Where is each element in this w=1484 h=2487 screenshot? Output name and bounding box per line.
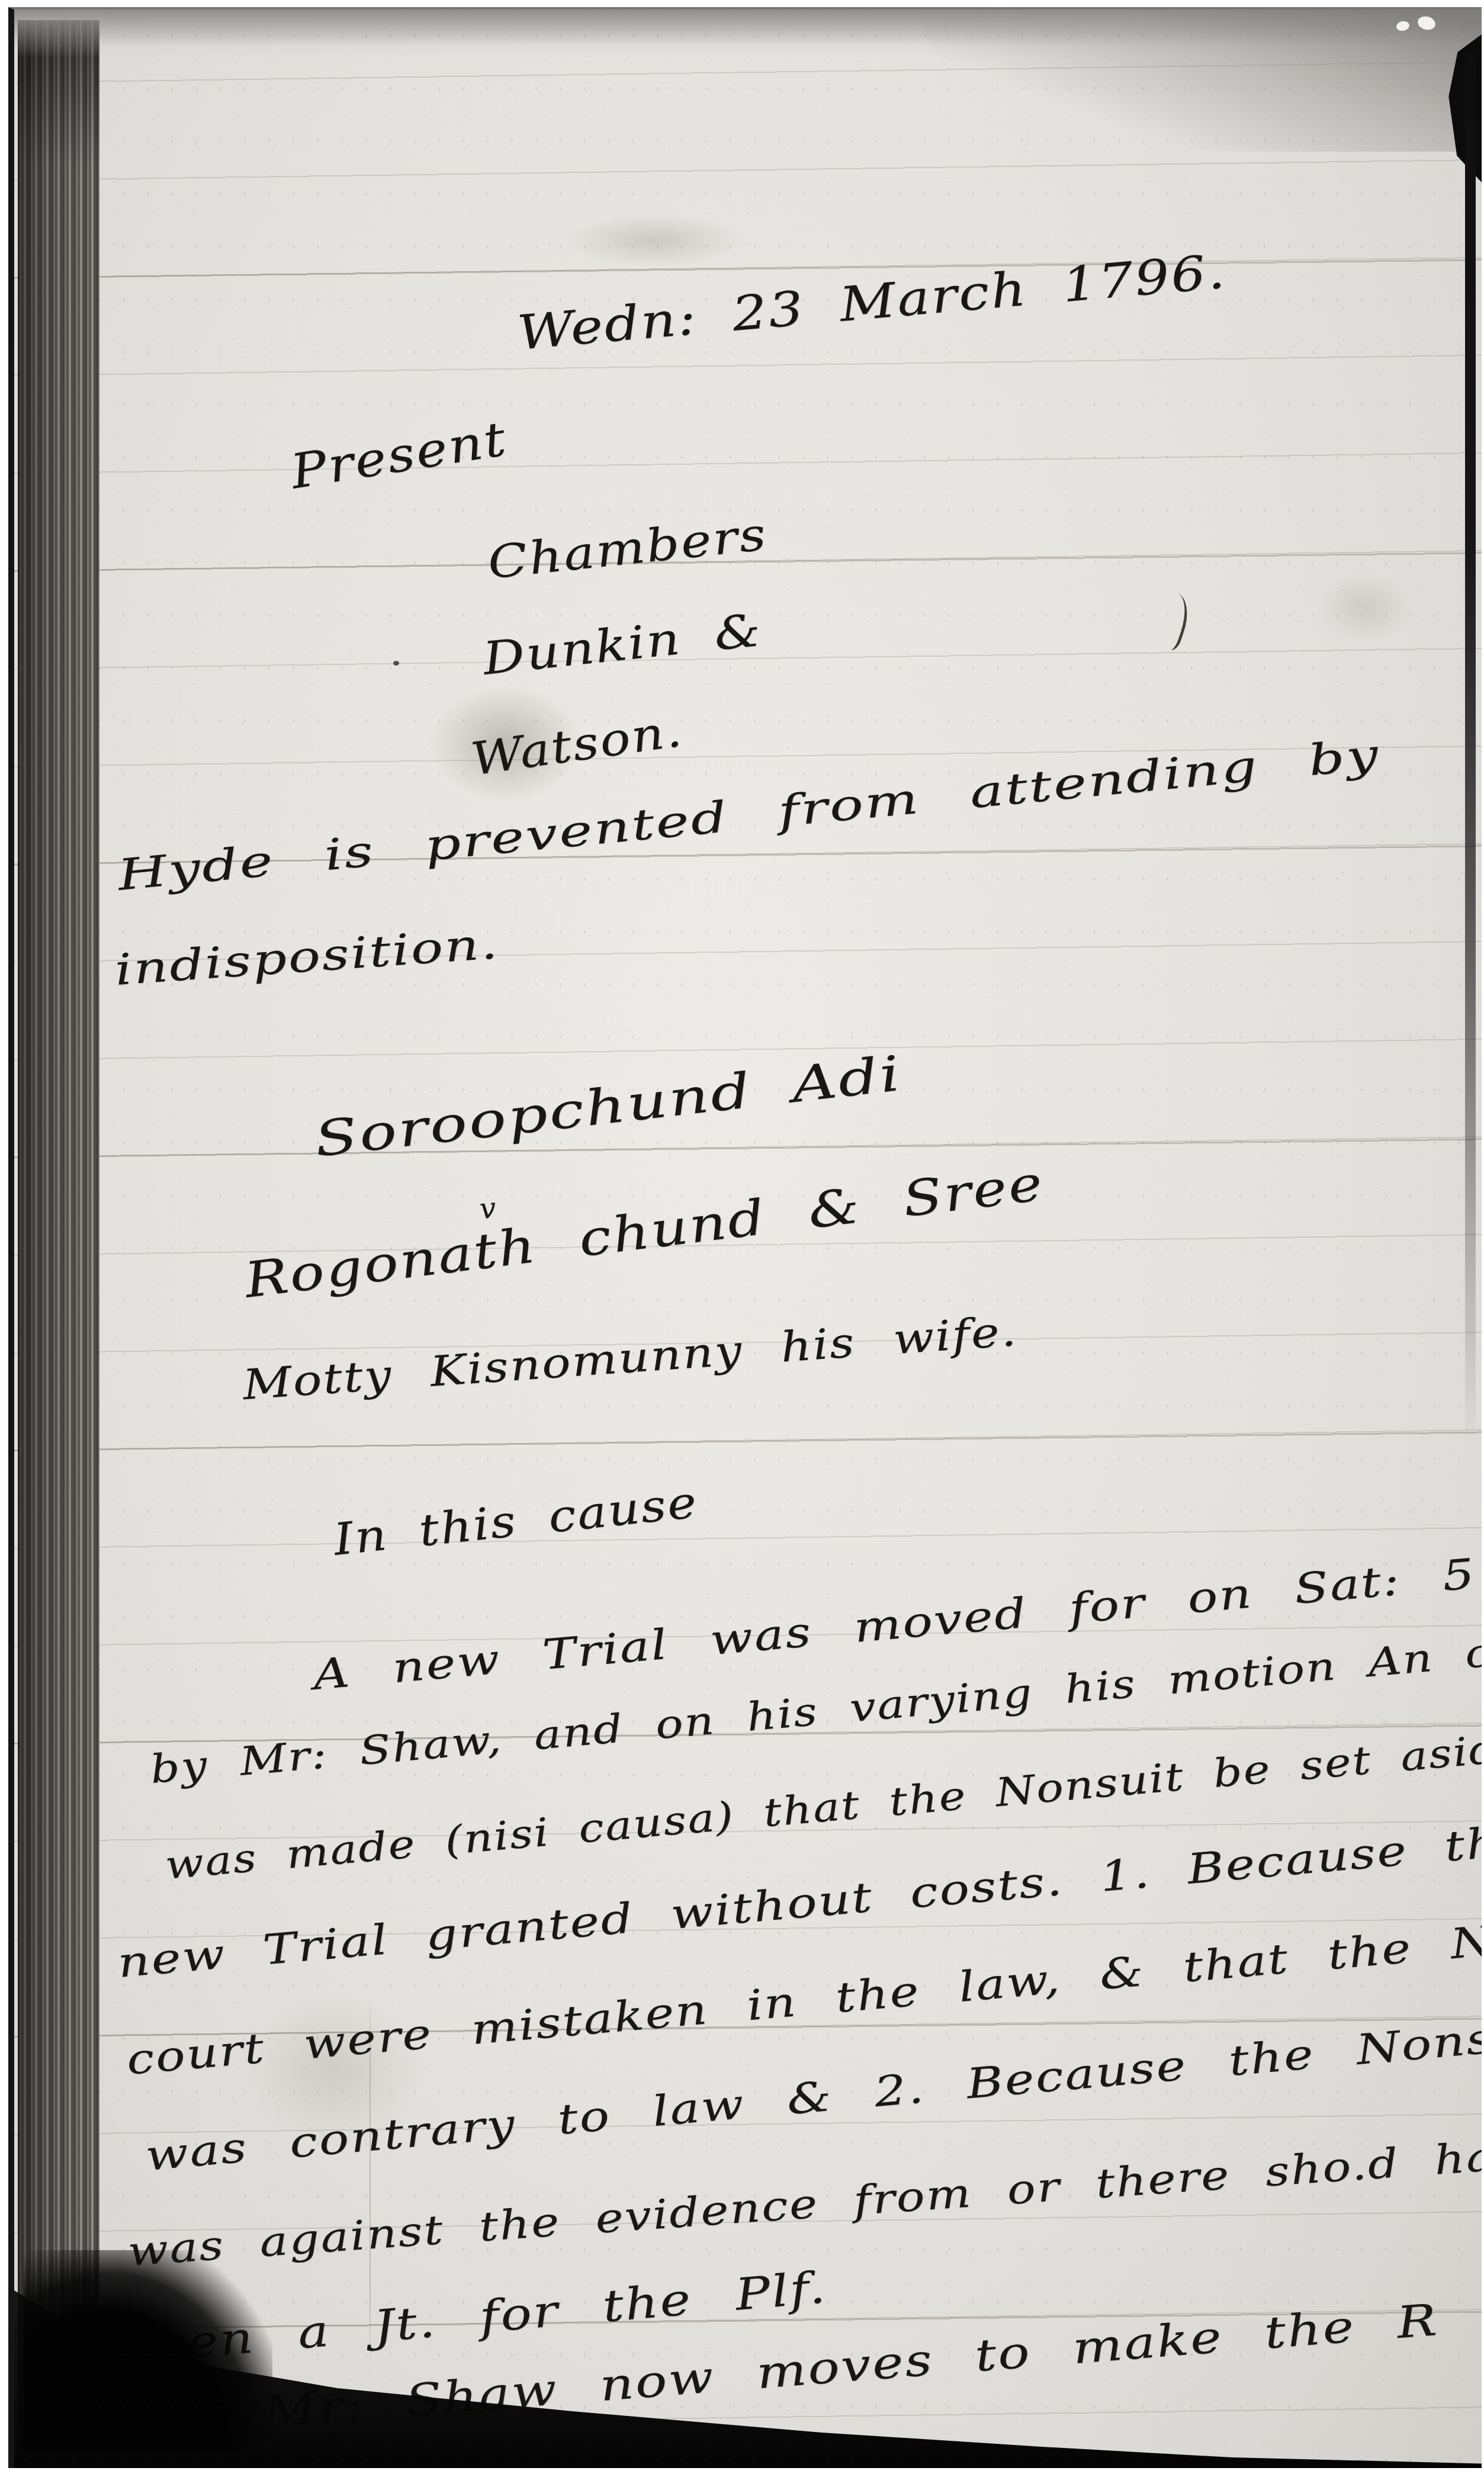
top-right-corner-shading (919, 9, 1482, 152)
photo-area: Wedn: 23 March 1796. Present Chambers Du… (8, 7, 1482, 2468)
bottom-left-shadow (24, 2250, 272, 2451)
judge-name: Watson. (468, 703, 686, 785)
ink-dot (393, 661, 399, 666)
judge-name: Chambers (485, 507, 769, 589)
versus-mark: v (478, 1191, 498, 1226)
case-defendant-line: Rogonath chund & Sree (242, 1155, 1047, 1309)
binding-gutter (18, 20, 99, 2449)
judge-name: Dunkin & (480, 603, 764, 685)
right-edge-shadow (1465, 50, 1476, 1447)
date-heading: Wedn: 23 March 1796. (515, 244, 1228, 361)
absence-note-line: indisposition. (113, 918, 500, 995)
body-opening: In this cause (332, 1477, 701, 1566)
present-label: Present (287, 411, 511, 499)
stray-ink-mark (1149, 590, 1195, 653)
scanned-manuscript-page: Wedn: 23 March 1796. Present Chambers Du… (0, 0, 1484, 2487)
case-plaintiff: Soroopchund Adi (312, 1046, 905, 1168)
absence-note-line: Hyde is prevented from attending by (115, 729, 1382, 900)
case-defendant-line: Motty Kisnomunny his wife. (241, 1307, 1019, 1409)
